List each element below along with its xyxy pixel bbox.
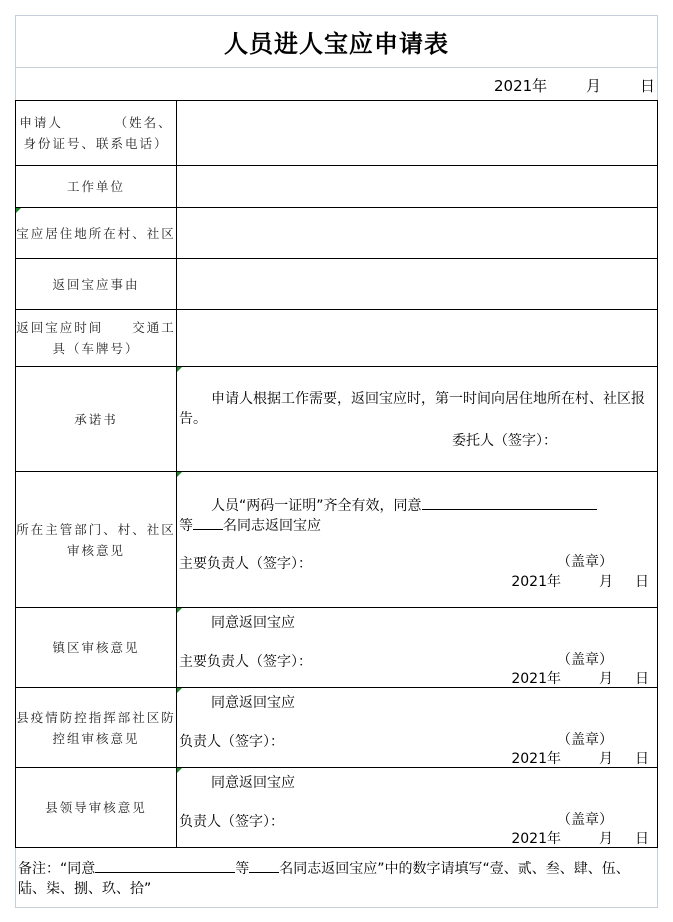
field-applicant[interactable] [177,101,658,166]
header-year: 2021年 [494,75,547,96]
header-date-row: 2021年 月 日 [15,67,658,100]
note-names-blank [95,858,235,873]
field-review-town[interactable]: 同意返回宝应 主要负责人（签字）： （盖章） 2021年月日 [177,608,658,688]
cell-marker-icon [177,367,182,372]
row-review-county-leader: 县领导审核意见 同意返回宝应 负责人（签字）： （盖章） 2021年月日 [16,768,658,848]
pledge-signature-label: 委托人（签字）： [179,431,647,451]
review-dept-date: 2021年月日 [511,571,649,591]
review-leader-seal: （盖章） [557,809,613,829]
note-count-blank [249,858,279,873]
names-blank[interactable] [422,495,597,510]
label-work-unit: 工作单位 [16,166,177,208]
review-dept-text-3: 名同志返回宝应 [223,518,321,534]
row-review-county-hq: 县疫情防控指挥部社区防控组审核意见 同意返回宝应 负责人（签字）： （盖章） 2… [16,688,658,768]
review-county-hq-date: 2021年月日 [511,748,649,768]
field-review-department[interactable]: 人员“两码一证明”齐全有效，同意 等名同志返回宝应 主要负责人（签字）： （盖章… [177,472,658,608]
review-dept-text-2: 等 [179,518,193,534]
field-pledge[interactable]: 申请人根据工作需要，返回宝应时，第一时间向居住地所在村、社区报告。 委托人（签字… [177,367,658,472]
label-pledge: 承诺书 [16,367,177,472]
row-return-time: 返回宝应时间 交通工具（车牌号） [16,310,658,367]
label-review-town: 镇区审核意见 [16,608,177,688]
field-review-county-leader[interactable]: 同意返回宝应 负责人（签字）： （盖章） 2021年月日 [177,768,658,848]
header-month: 月 [586,75,601,96]
field-review-county-hq[interactable]: 同意返回宝应 负责人（签字）： （盖章） 2021年月日 [177,688,658,768]
review-dept-text: 人员“两码一证明”齐全有效，同意 [211,498,422,514]
review-leader-agree: 同意返回宝应 [211,772,295,792]
form-table: 申请人 （姓名、身份证号、联系电话） 工作单位 宝应居住地所在村、社区 返回宝应… [15,100,658,848]
note-text-1: 备注：“同意 [18,861,95,877]
row-pledge: 承诺书 申请人根据工作需要，返回宝应时，第一时间向居住地所在村、社区报告。 委托… [16,367,658,472]
row-applicant: 申请人 （姓名、身份证号、联系电话） [16,101,658,166]
row-residence: 宝应居住地所在村、社区 [16,208,658,259]
row-review-town: 镇区审核意见 同意返回宝应 主要负责人（签字）： （盖章） 2021年月日 [16,608,658,688]
footer-note: 备注：“同意等名同志返回宝应”中的数字请填写“壹、贰、叁、肆、伍、陆、柒、捌、玖… [15,848,658,908]
review-county-hq-signer: 负责人（签字）： [179,731,284,751]
field-reason[interactable] [177,259,658,310]
label-applicant: 申请人 （姓名、身份证号、联系电话） [16,101,177,166]
field-work-unit[interactable] [177,166,658,208]
label-review-county-hq: 县疫情防控指挥部社区防控组审核意见 [16,688,177,768]
review-county-hq-seal: （盖章） [557,729,613,749]
form-title: 人员进人宝应申请表 [224,24,449,59]
title-row: 人员进人宝应申请表 [15,15,658,67]
row-review-department: 所在主管部门、村、社区审核意见 人员“两码一证明”齐全有效，同意 等名同志返回宝… [16,472,658,608]
review-dept-signer: 主要负责人（签字）： [179,553,312,573]
application-form: 人员进人宝应申请表 2021年 月 日 申请人 （姓名、身份证号、联系电话） 工… [15,15,658,908]
row-reason: 返回宝应事由 [16,259,658,310]
review-town-date: 2021年月日 [511,668,649,688]
cell-marker-icon [16,208,21,213]
label-review-county-leader: 县领导审核意见 [16,768,177,848]
review-county-hq-agree: 同意返回宝应 [211,692,295,712]
label-review-department: 所在主管部门、村、社区审核意见 [16,472,177,608]
review-dept-seal: （盖章） [557,551,613,571]
label-return-time: 返回宝应时间 交通工具（车牌号） [16,310,177,367]
label-residence: 宝应居住地所在村、社区 [16,208,177,259]
note-text-2: 等 [235,861,249,877]
field-return-time[interactable] [177,310,658,367]
review-town-seal: （盖章） [557,649,613,669]
review-town-signer: 主要负责人（签字）： [179,651,312,671]
review-leader-signer: 负责人（签字）： [179,811,284,831]
row-work-unit: 工作单位 [16,166,658,208]
field-residence[interactable] [177,208,658,259]
review-town-agree: 同意返回宝应 [211,612,295,632]
pledge-text: 申请人根据工作需要，返回宝应时，第一时间向居住地所在村、社区报告。 [179,389,647,429]
review-leader-date: 2021年月日 [511,828,649,848]
label-reason: 返回宝应事由 [16,259,177,310]
header-day: 日 [640,75,655,96]
count-blank[interactable] [193,515,223,530]
